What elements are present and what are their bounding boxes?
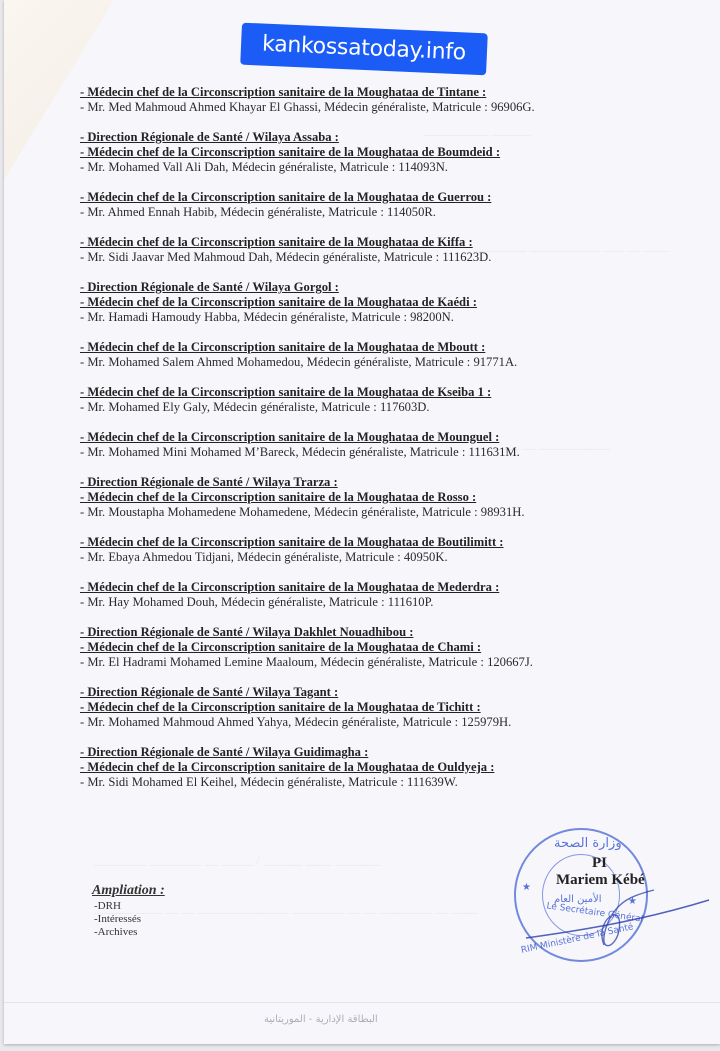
region-heading: - Direction Régionale de Santé / Wilaya … bbox=[80, 130, 700, 145]
position-heading: - Médecin chef de la Circonscription san… bbox=[80, 145, 700, 160]
position-heading: - Médecin chef de la Circonscription san… bbox=[80, 235, 700, 250]
assignment-block: - Direction Régionale de Santé / Wilaya … bbox=[80, 475, 700, 520]
assignment-block: - Médecin chef de la Circonscription san… bbox=[80, 235, 700, 265]
appointee-line: - Mr. Hamadi Hamoudy Habba, Médecin géné… bbox=[80, 310, 700, 325]
ampliation-section: Ampliation : -DRH -Intéressés -Archives bbox=[92, 884, 165, 939]
stamp-arabic-top: وزارة الصحة bbox=[554, 836, 622, 851]
ampliation-title: Ampliation : bbox=[92, 884, 165, 897]
signature-pi: PI bbox=[592, 855, 607, 872]
assignment-block: - Direction Régionale de Santé / Wilaya … bbox=[80, 625, 700, 670]
appointee-line: - Mr. Sidi Mohamed El Keihel, Médecin gé… bbox=[80, 775, 700, 790]
appointee-line: - Mr. Hay Mohamed Douh, Médecin générali… bbox=[80, 595, 700, 610]
appointee-line: - Mr. Mohamed Ely Galy, Médecin générali… bbox=[80, 400, 700, 415]
region-heading: - Direction Régionale de Santé / Wilaya … bbox=[80, 475, 700, 490]
assignment-block: - Médecin chef de la Circonscription san… bbox=[80, 385, 700, 415]
position-heading: - Médecin chef de la Circonscription san… bbox=[80, 640, 700, 655]
assignment-block: - Direction Régionale de Santé / Wilaya … bbox=[80, 130, 700, 175]
assignment-block: - Médecin chef de la Circonscription san… bbox=[80, 85, 700, 115]
signatory-name: Mariem Kébé bbox=[556, 872, 645, 889]
ampliation-item: -Intéressés bbox=[94, 913, 165, 926]
appointee-line: - Mr. Mohamed Mini Mohamed M’Bareck, Méd… bbox=[80, 445, 700, 460]
position-heading: - Médecin chef de la Circonscription san… bbox=[80, 700, 700, 715]
assignment-block: - Direction Régionale de Santé / Wilaya … bbox=[80, 685, 700, 730]
region-heading: - Direction Régionale de Santé / Wilaya … bbox=[80, 625, 700, 640]
assignment-block: - Médecin chef de la Circonscription san… bbox=[80, 430, 700, 460]
position-heading: - Médecin chef de la Circonscription san… bbox=[80, 385, 700, 400]
position-heading: - Médecin chef de la Circonscription san… bbox=[80, 295, 700, 310]
appointee-line: - Mr. Sidi Jaavar Med Mahmoud Dah, Médec… bbox=[80, 250, 700, 265]
assignment-block: - Direction Régionale de Santé / Wilaya … bbox=[80, 745, 700, 790]
ampliation-item: -DRH bbox=[94, 900, 165, 913]
footer-text: البطاقة الإدارية - الموريتانية bbox=[264, 1014, 378, 1025]
position-heading: - Médecin chef de la Circonscription san… bbox=[80, 760, 700, 775]
appointee-line: - Mr. Ebaya Ahmedou Tidjani, Médecin gén… bbox=[80, 550, 700, 565]
position-heading: - Médecin chef de la Circonscription san… bbox=[80, 430, 700, 445]
bleed-through-text: ________ ________ __ _____ / ______ ____… bbox=[94, 852, 380, 868]
assignment-block: - Médecin chef de la Circonscription san… bbox=[80, 190, 700, 220]
position-heading: - Médecin chef de la Circonscription san… bbox=[80, 85, 700, 100]
position-heading: - Médecin chef de la Circonscription san… bbox=[80, 490, 700, 505]
appointee-line: - Mr. Mohamed Mahmoud Ahmed Yahya, Médec… bbox=[80, 715, 700, 730]
document-page: __________ ______ ________ ___________ _… bbox=[4, 0, 720, 1044]
watermark-badge: kankossatoday.info bbox=[240, 23, 488, 76]
appointee-line: - Mr. Moustapha Mohamedene Mohamedene, M… bbox=[80, 505, 700, 520]
appointee-line: - Mr. Ahmed Ennah Habib, Médecin général… bbox=[80, 205, 700, 220]
appointee-line: - Mr. Mohamed Vall Ali Dah, Médecin géné… bbox=[80, 160, 700, 175]
assignment-block: - Médecin chef de la Circonscription san… bbox=[80, 340, 700, 370]
appointee-line: - Mr. El Hadrami Mohamed Lemine Maaloum,… bbox=[80, 655, 700, 670]
position-heading: - Médecin chef de la Circonscription san… bbox=[80, 580, 700, 595]
appointee-line: - Mr. Mohamed Salem Ahmed Mohamedou, Méd… bbox=[80, 355, 700, 370]
region-heading: - Direction Régionale de Santé / Wilaya … bbox=[80, 280, 700, 295]
region-heading: - Direction Régionale de Santé / Wilaya … bbox=[80, 745, 700, 760]
document-body: - Médecin chef de la Circonscription san… bbox=[80, 85, 700, 805]
position-heading: - Médecin chef de la Circonscription san… bbox=[80, 535, 700, 550]
assignment-block: - Médecin chef de la Circonscription san… bbox=[80, 580, 700, 610]
appointee-line: - Mr. Med Mahmoud Ahmed Khayar El Ghassi… bbox=[80, 100, 700, 115]
assignment-block: - Médecin chef de la Circonscription san… bbox=[80, 535, 700, 565]
ampliation-item: -Archives bbox=[94, 926, 165, 939]
assignment-block: - Direction Régionale de Santé / Wilaya … bbox=[80, 280, 700, 325]
position-heading: - Médecin chef de la Circonscription san… bbox=[80, 340, 700, 355]
region-heading: - Direction Régionale de Santé / Wilaya … bbox=[80, 685, 700, 700]
footer-divider bbox=[4, 1002, 720, 1003]
position-heading: - Médecin chef de la Circonscription san… bbox=[80, 190, 700, 205]
